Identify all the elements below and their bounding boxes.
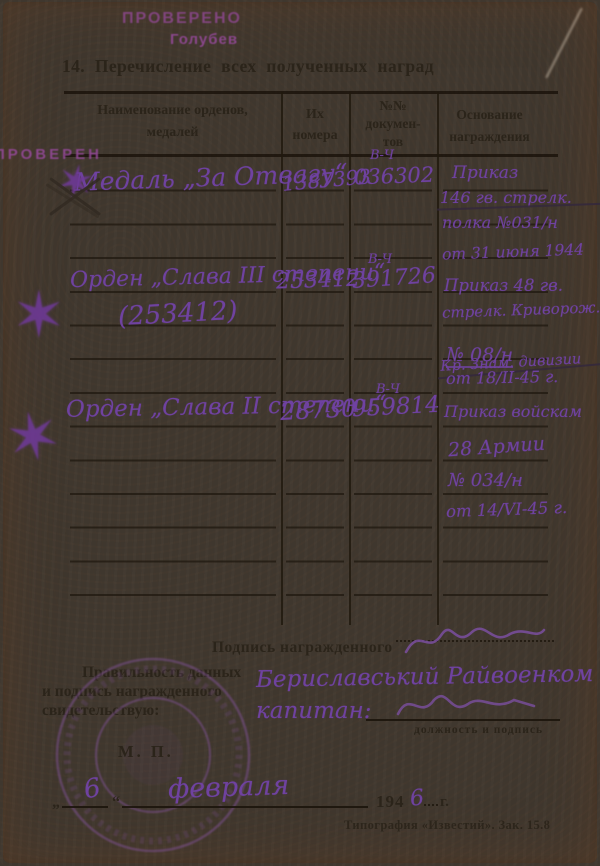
date-close-quote: “: [112, 794, 120, 812]
awardee-signature: [398, 618, 548, 660]
doc-mark-row2: В-Ч: [368, 252, 392, 267]
section-title: 14. Перечисление всех полученных наград: [62, 56, 434, 77]
award-number-row3: 28730: [279, 394, 357, 426]
verifier-name-stamp: Голубев: [170, 31, 238, 48]
basis-row3-line3: № 034/н: [448, 470, 523, 491]
header-line: Основание: [437, 104, 542, 126]
basis-row1-line3: полка №031/н: [442, 213, 558, 232]
header-line: Наименование орденов,: [64, 100, 281, 122]
header-line: Их: [281, 104, 349, 125]
header-line: докумен-: [349, 115, 437, 133]
basis-row1-line2: 146 гв. стрелк.: [440, 188, 600, 207]
table-header-numbers: Их номера: [281, 104, 349, 146]
doc-mark-row1: В-Ч: [370, 148, 394, 163]
date-month-handwritten: февраля: [167, 770, 289, 805]
scanned-award-card: ПРОВЕРЕНО Голубев 14. Перечисление всех …: [0, 0, 600, 866]
table-top-border: [64, 91, 558, 94]
basis-row1-line1: Приказ: [452, 163, 518, 183]
table-header-awards: Наименование орденов, медалей: [64, 100, 281, 145]
basis-row3-line1: Приказ войскам: [444, 402, 582, 421]
position-caption: должность и подпись: [414, 724, 543, 736]
ruled-lines-col1: [70, 158, 276, 626]
basis-row2-line1: Приказ 48 гв.: [444, 276, 563, 295]
date-month-line: [122, 806, 368, 808]
date-day-line: [62, 806, 108, 808]
position-signature-line: [366, 719, 560, 721]
printer-imprint: Типография «Известий». Зак. 15.8: [344, 818, 550, 833]
header-line: медалей: [64, 122, 281, 144]
star-stamp-row2: ✶: [12, 284, 66, 348]
header-line: награждения: [437, 126, 542, 148]
table-header-border: [64, 154, 558, 157]
seal-place-label: М. П.: [118, 742, 174, 762]
header-line: №№: [349, 97, 437, 115]
basis-row2-line4: № 08/н: [446, 344, 513, 366]
award-number-note-row2: (253412): [117, 296, 238, 332]
date-open-quote: „: [52, 794, 60, 812]
doc-number-row3: 959814: [351, 392, 440, 423]
table-col-separator: [437, 92, 439, 625]
x-mark: [44, 168, 106, 222]
doc-number-row1: 036302: [354, 163, 435, 190]
award-number-row2: 253412: [276, 267, 361, 295]
header-line: номера: [281, 125, 349, 146]
date-year-suffix: г.: [440, 794, 449, 811]
certifier-rank-handwritten: капитан:: [256, 698, 372, 724]
date-year-printed: 194: [376, 792, 405, 812]
verified-stamp: ПРОВЕРЕНО: [122, 10, 242, 28]
date-year-handwritten-digit: 6: [409, 785, 426, 811]
table-header-documents: №№ докумен- тов: [349, 97, 437, 152]
basis-row2-line5: от 18/II-45 г.: [446, 367, 559, 388]
table-header-basis: Основание награждения: [437, 104, 542, 147]
date-year-gap-line: [424, 804, 438, 806]
basis-underlined: № 08/н: [446, 344, 513, 368]
